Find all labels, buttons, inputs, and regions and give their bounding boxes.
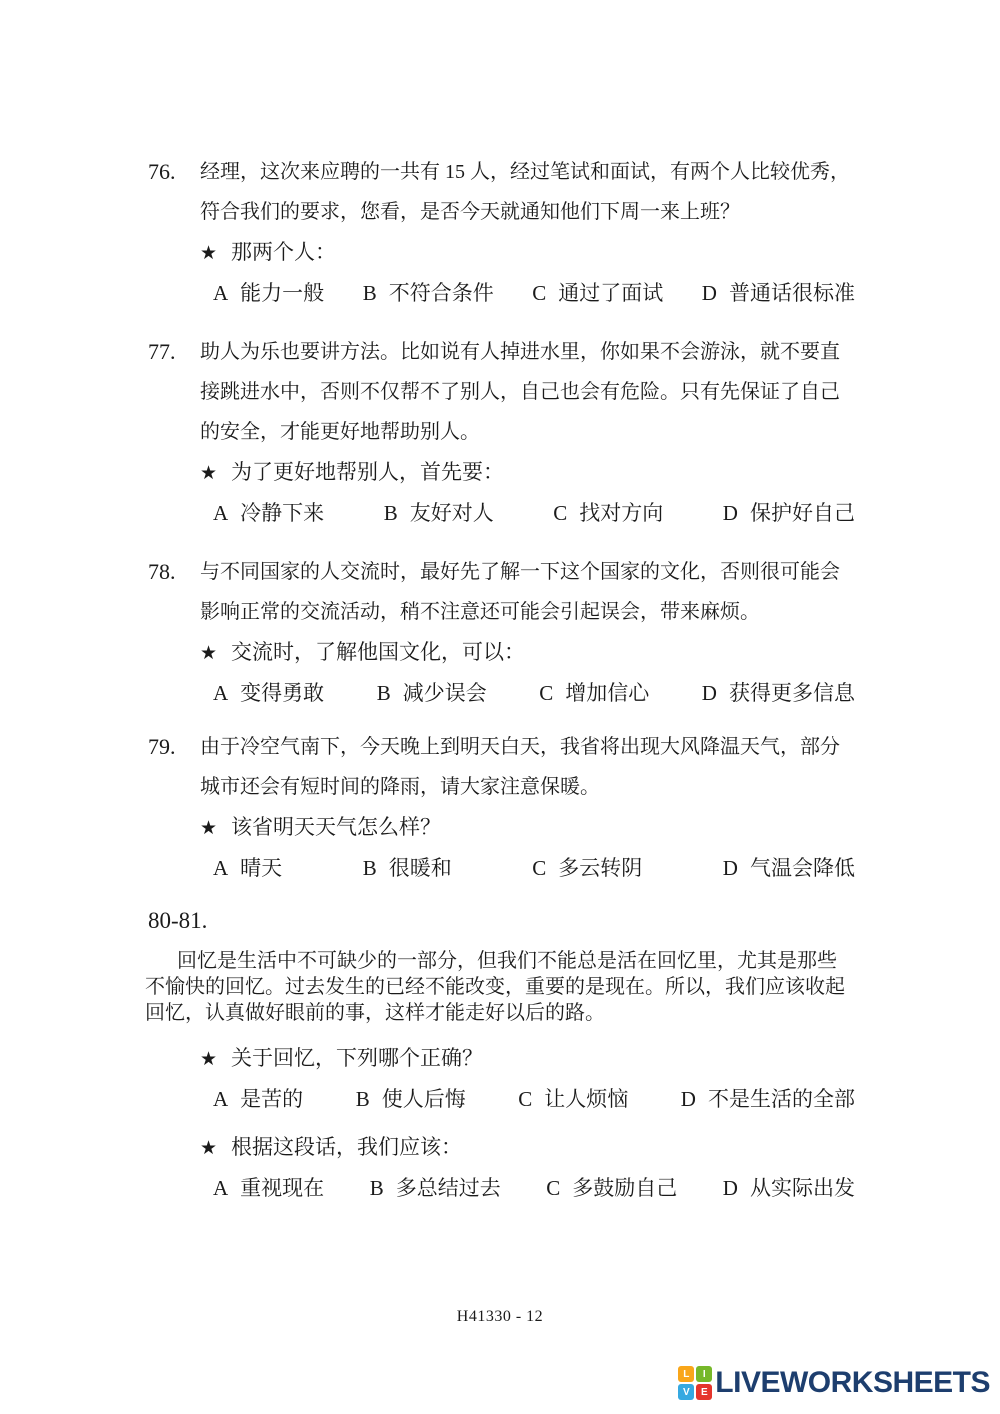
- star-question-text: 那两个人：: [231, 232, 336, 272]
- option-a[interactable]: A冷静下来: [213, 493, 324, 533]
- option-b[interactable]: B多总结过去: [370, 1168, 501, 1208]
- option-b[interactable]: B使人后悔: [356, 1079, 466, 1119]
- option-c[interactable]: C多鼓励自己: [546, 1168, 677, 1208]
- option-label: C: [532, 848, 546, 888]
- stem-line: 由于冷空气南下，今天晚上到明天白天，我省将出现大风降温天气，部分: [200, 727, 840, 767]
- option-c[interactable]: C让人烦恼: [518, 1079, 628, 1119]
- sub-question-81: ★ 根据这段话，我们应该： A重视现在 B多总结过去 C多鼓励自己 D从实际出发: [148, 1127, 872, 1208]
- option-label: D: [702, 673, 717, 713]
- star-question-text: 交流时，了解他国文化，可以：: [231, 632, 525, 672]
- option-d[interactable]: D普通话很标准: [702, 273, 855, 313]
- option-b[interactable]: B减少误会: [377, 673, 487, 713]
- option-text: 多鼓励自己: [572, 1168, 677, 1208]
- option-text: 重视现在: [240, 1168, 324, 1208]
- star-icon: ★: [200, 808, 217, 848]
- option-label: B: [356, 1079, 370, 1119]
- option-text: 能力一般: [240, 273, 324, 313]
- worksheet-page: 76. 经理，这次来应聘的一共有 15 人，经过笔试和面试，有两个人比较优秀， …: [0, 0, 1000, 1414]
- option-text: 通过了面试: [558, 273, 663, 313]
- option-label: B: [370, 1168, 384, 1208]
- section-number: 80-81.: [148, 902, 872, 940]
- option-label: D: [723, 848, 738, 888]
- option-c[interactable]: C通过了面试: [532, 273, 663, 313]
- option-text: 多总结过去: [396, 1168, 501, 1208]
- option-label: C: [553, 493, 567, 533]
- option-text: 晴天: [240, 848, 282, 888]
- option-label: B: [377, 673, 391, 713]
- option-label: A: [213, 273, 228, 313]
- option-text: 普通话很标准: [729, 273, 855, 313]
- star-icon: ★: [200, 1128, 217, 1168]
- star-icon: ★: [200, 1039, 217, 1079]
- options-row: A重视现在 B多总结过去 C多鼓励自己 D从实际出发: [213, 1168, 855, 1208]
- question-stem: 由于冷空气南下，今天晚上到明天白天，我省将出现大风降温天气，部分 城市还会有短时…: [200, 727, 840, 807]
- option-b[interactable]: B友好对人: [384, 493, 494, 533]
- passage-line: 回忆是生活中不可缺少的一部分，但我们不能总是活在回忆里，尤其是那些: [145, 948, 872, 974]
- liveworksheets-icon: L I V E: [678, 1366, 712, 1400]
- star-question-text: 根据这段话，我们应该：: [231, 1127, 462, 1167]
- option-d[interactable]: D获得更多信息: [702, 673, 855, 713]
- option-text: 减少误会: [403, 673, 487, 713]
- option-text: 很暖和: [389, 848, 452, 888]
- option-a[interactable]: A是苦的: [213, 1079, 303, 1119]
- options-row: A是苦的 B使人后悔 C让人烦恼 D不是生活的全部: [213, 1079, 855, 1119]
- icon-letter-v: V: [678, 1384, 694, 1400]
- passage-line: 回忆，认真做好眼前的事，这样才能走好以后的路。: [145, 1000, 872, 1026]
- icon-letter-l: L: [678, 1366, 694, 1382]
- passage-line: 不愉快的回忆。过去发生的已经不能改变，重要的是现在。所以，我们应该收起: [145, 974, 872, 1000]
- star-icon: ★: [200, 453, 217, 493]
- option-text: 多云转阴: [558, 848, 642, 888]
- passage-section-80-81: 80-81. 回忆是生活中不可缺少的一部分，但我们不能总是活在回忆里，尤其是那些…: [148, 902, 872, 1208]
- star-question: ★ 为了更好地帮别人，首先要：: [148, 452, 872, 493]
- stem-line: 符合我们的要求，您看，是否今天就通知他们下周一来上班？: [200, 192, 850, 232]
- option-text: 从实际出发: [750, 1168, 855, 1208]
- question-number: 77.: [148, 332, 200, 452]
- option-label: B: [363, 273, 377, 313]
- star-question: ★ 那两个人：: [148, 232, 872, 273]
- options-row: A变得勇敢 B减少误会 C增加信心 D获得更多信息: [213, 673, 855, 713]
- option-b[interactable]: B不符合条件: [363, 273, 494, 313]
- option-d[interactable]: D从实际出发: [723, 1168, 855, 1208]
- option-c[interactable]: C多云转阴: [532, 848, 642, 888]
- option-label: A: [213, 848, 228, 888]
- star-question: ★ 关于回忆，下列哪个正确？: [148, 1038, 872, 1079]
- question-stem: 与不同国家的人交流时，最好先了解一下这个国家的文化，否则很可能会 影响正常的交流…: [200, 552, 840, 632]
- option-label: C: [518, 1079, 532, 1119]
- question-block-79: 79. 由于冷空气南下，今天晚上到明天白天，我省将出现大风降温天气，部分 城市还…: [148, 727, 872, 888]
- option-text: 友好对人: [410, 493, 494, 533]
- star-question-text: 为了更好地帮别人，首先要：: [231, 452, 504, 492]
- star-icon: ★: [200, 233, 217, 273]
- question-stem-row: 76. 经理，这次来应聘的一共有 15 人，经过笔试和面试，有两个人比较优秀， …: [148, 152, 872, 232]
- star-question: ★ 该省明天天气怎么样？: [148, 807, 872, 848]
- option-text: 是苦的: [240, 1079, 303, 1119]
- options-row: A晴天 B很暖和 C多云转阴 D气温会降低: [213, 848, 855, 888]
- option-text: 保护好自己: [750, 493, 855, 533]
- stem-line: 的安全，才能更好地帮助别人。: [200, 412, 840, 452]
- stem-line: 与不同国家的人交流时，最好先了解一下这个国家的文化，否则很可能会: [200, 552, 840, 592]
- options-row: A冷静下来 B友好对人 C找对方向 D保护好自己: [213, 493, 855, 533]
- option-text: 找对方向: [579, 493, 663, 533]
- icon-letter-i: I: [696, 1366, 712, 1382]
- question-stem: 经理，这次来应聘的一共有 15 人，经过笔试和面试，有两个人比较优秀， 符合我们…: [200, 152, 850, 232]
- stem-line: 影响正常的交流活动，稍不注意还可能会引起误会，带来麻烦。: [200, 592, 840, 632]
- option-text: 变得勇敢: [240, 673, 324, 713]
- star-icon: ★: [200, 633, 217, 673]
- option-a[interactable]: A晴天: [213, 848, 282, 888]
- star-question-text: 关于回忆，下列哪个正确？: [231, 1038, 483, 1078]
- option-text: 使人后悔: [382, 1079, 466, 1119]
- star-question: ★ 交流时，了解他国文化，可以：: [148, 632, 872, 673]
- option-text: 冷静下来: [240, 493, 324, 533]
- stem-line: 城市还会有短时间的降雨，请大家注意保暖。: [200, 767, 840, 807]
- icon-letter-e: E: [696, 1384, 712, 1400]
- option-text: 让人烦恼: [544, 1079, 628, 1119]
- question-stem-row: 78. 与不同国家的人交流时，最好先了解一下这个国家的文化，否则很可能会 影响正…: [148, 552, 872, 632]
- options-row: A能力一般 B不符合条件 C通过了面试 D普通话很标准: [213, 273, 855, 313]
- question-block-78: 78. 与不同国家的人交流时，最好先了解一下这个国家的文化，否则很可能会 影响正…: [148, 552, 872, 713]
- option-text: 不符合条件: [389, 273, 494, 313]
- option-label: A: [213, 1079, 228, 1119]
- star-question-text: 该省明天天气怎么样？: [231, 807, 441, 847]
- question-number: 78.: [148, 552, 200, 632]
- star-question: ★ 根据这段话，我们应该：: [148, 1127, 872, 1168]
- option-label: A: [213, 673, 228, 713]
- option-a[interactable]: A变得勇敢: [213, 673, 324, 713]
- option-label: A: [213, 493, 228, 533]
- page-footer-code: H41330 - 12: [0, 1308, 1000, 1326]
- stem-line: 经理，这次来应聘的一共有 15 人，经过笔试和面试，有两个人比较优秀，: [200, 152, 850, 192]
- option-text: 获得更多信息: [729, 673, 855, 713]
- question-number: 76.: [148, 152, 200, 232]
- question-block-77: 77. 助人为乐也要讲方法。比如说有人掉进水里，你如果不会游泳，就不要直 接跳进…: [148, 332, 872, 533]
- option-label: B: [384, 493, 398, 533]
- option-c[interactable]: C找对方向: [553, 493, 663, 533]
- option-d[interactable]: D保护好自己: [723, 493, 855, 533]
- liveworksheets-wordmark: LIVEWORKSHEETS: [715, 1366, 990, 1400]
- option-d[interactable]: D气温会降低: [723, 848, 855, 888]
- option-label: D: [723, 1168, 738, 1208]
- option-a[interactable]: A能力一般: [213, 273, 324, 313]
- option-text: 增加信心: [565, 673, 649, 713]
- question-block-76: 76. 经理，这次来应聘的一共有 15 人，经过笔试和面试，有两个人比较优秀， …: [148, 152, 872, 313]
- passage: 回忆是生活中不可缺少的一部分，但我们不能总是活在回忆里，尤其是那些 不愉快的回忆…: [145, 948, 872, 1026]
- option-label: C: [539, 673, 553, 713]
- stem-line: 助人为乐也要讲方法。比如说有人掉进水里，你如果不会游泳，就不要直: [200, 332, 840, 372]
- stem-line: 接跳进水中，否则不仅帮不了别人，自己也会有危险。只有先保证了自己: [200, 372, 840, 412]
- option-d[interactable]: D不是生活的全部: [681, 1079, 855, 1119]
- question-stem: 助人为乐也要讲方法。比如说有人掉进水里，你如果不会游泳，就不要直 接跳进水中，否…: [200, 332, 840, 452]
- option-text: 气温会降低: [750, 848, 855, 888]
- question-stem-row: 79. 由于冷空气南下，今天晚上到明天白天，我省将出现大风降温天气，部分 城市还…: [148, 727, 872, 807]
- option-label: B: [363, 848, 377, 888]
- option-label: D: [702, 273, 717, 313]
- question-number: 79.: [148, 727, 200, 807]
- liveworksheets-logo[interactable]: L I V E LIVEWORKSHEETS: [678, 1366, 990, 1400]
- option-label: D: [681, 1079, 696, 1119]
- question-stem-row: 77. 助人为乐也要讲方法。比如说有人掉进水里，你如果不会游泳，就不要直 接跳进…: [148, 332, 872, 452]
- option-label: A: [213, 1168, 228, 1208]
- option-a[interactable]: A重视现在: [213, 1168, 324, 1208]
- option-text: 不是生活的全部: [708, 1079, 855, 1119]
- option-label: C: [532, 273, 546, 313]
- sub-question-80: ★ 关于回忆，下列哪个正确？ A是苦的 B使人后悔 C让人烦恼 D不是生活的全部: [148, 1038, 872, 1119]
- option-c[interactable]: C增加信心: [539, 673, 649, 713]
- option-b[interactable]: B很暖和: [363, 848, 452, 888]
- option-label: C: [546, 1168, 560, 1208]
- option-label: D: [723, 493, 738, 533]
